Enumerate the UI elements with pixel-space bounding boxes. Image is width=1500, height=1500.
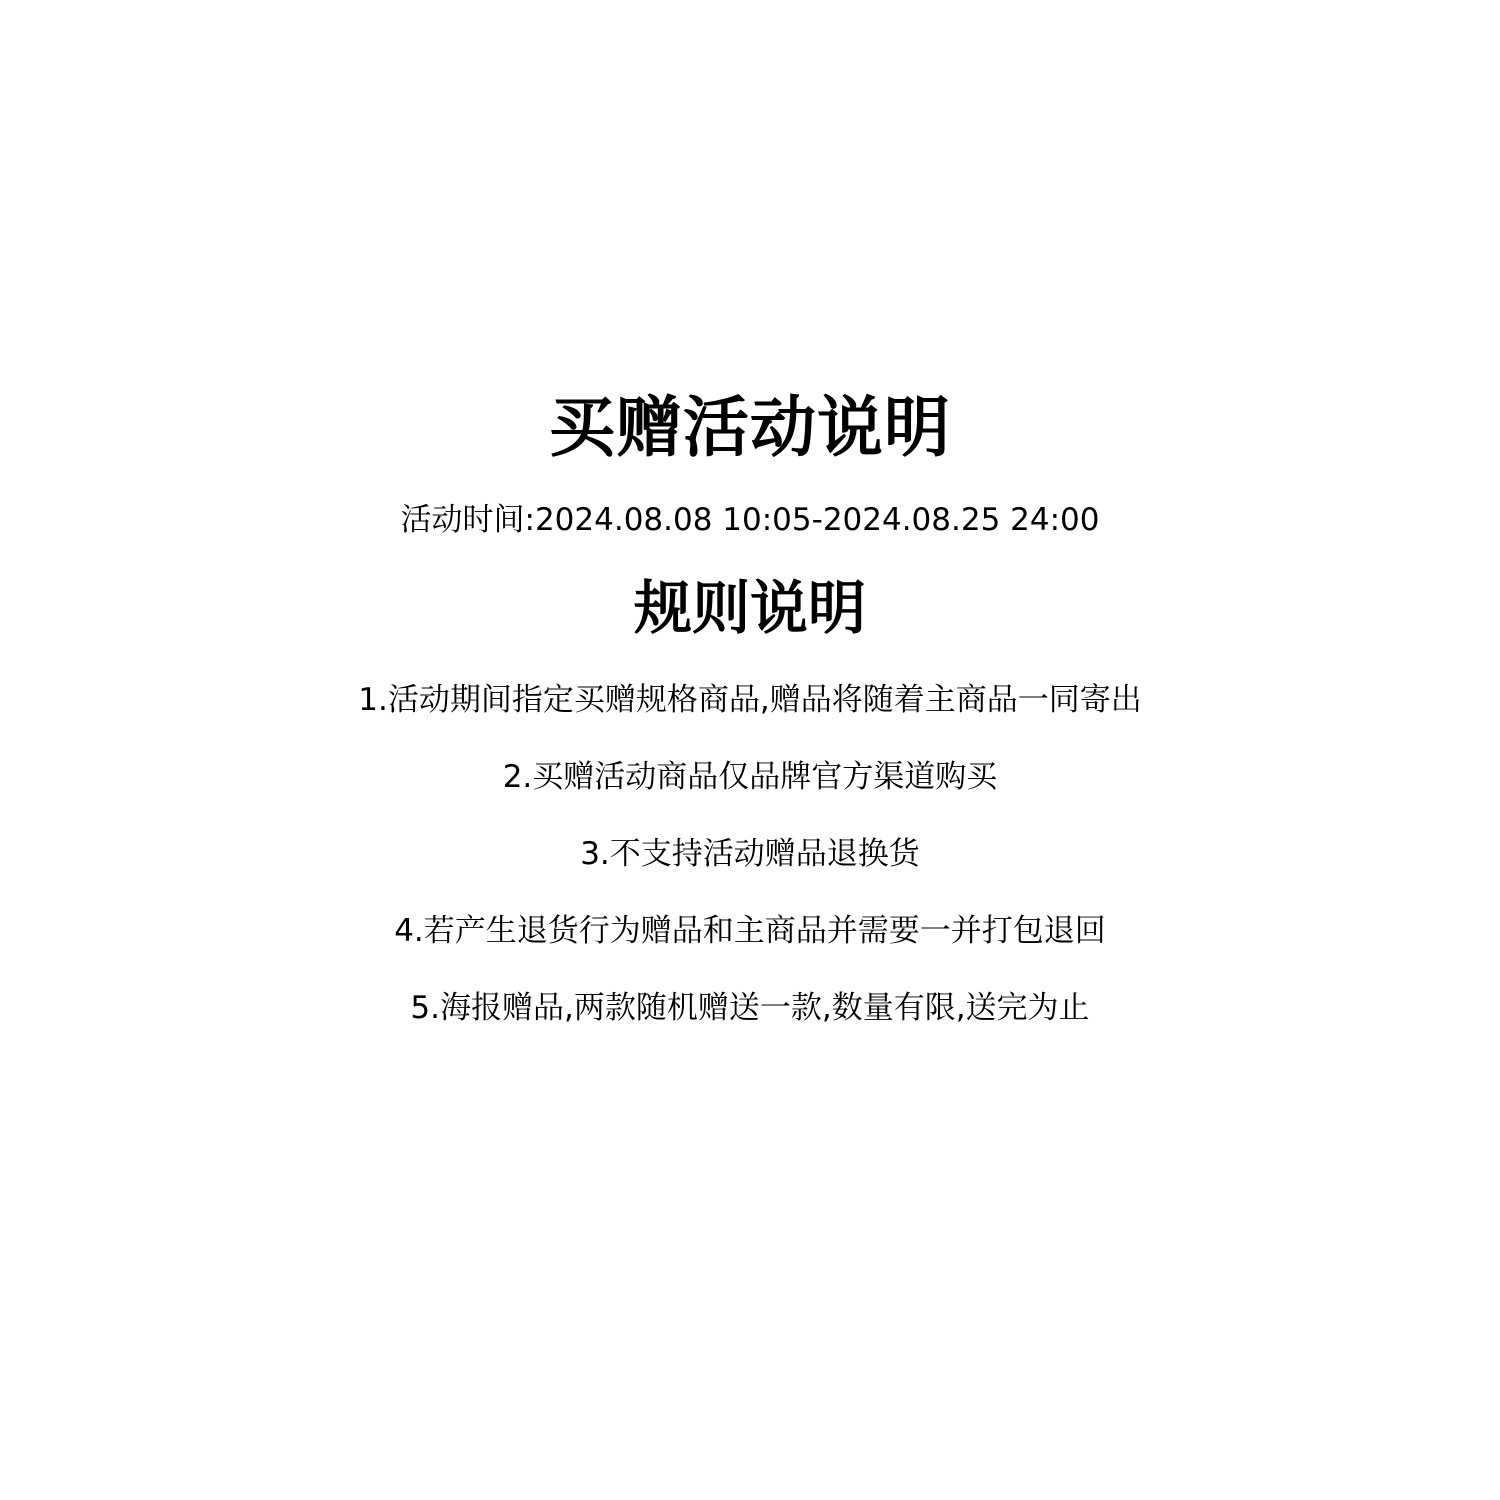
page-title: 买赠活动说明 <box>0 388 1500 468</box>
rule-item-2: 2.买赠活动商品仅品牌官方渠道购买 <box>0 755 1500 832</box>
rules-list: 1.活动期间指定买赠规格商品,赠品将随着主商品一同寄出 2.买赠活动商品仅品牌官… <box>0 678 1500 1063</box>
rule-item-3: 3.不支持活动赠品退换货 <box>0 832 1500 909</box>
activity-time: 活动时间:2024.08.08 10:05-2024.08.25 24:00 <box>0 500 1500 540</box>
rule-item-1: 1.活动期间指定买赠规格商品,赠品将随着主商品一同寄出 <box>0 678 1500 755</box>
rule-item-4: 4.若产生退货行为赠品和主商品并需要一并打包退回 <box>0 909 1500 986</box>
rules-heading: 规则说明 <box>0 572 1500 644</box>
rule-item-5: 5.海报赠品,两款随机赠送一款,数量有限,送完为止 <box>0 986 1500 1063</box>
